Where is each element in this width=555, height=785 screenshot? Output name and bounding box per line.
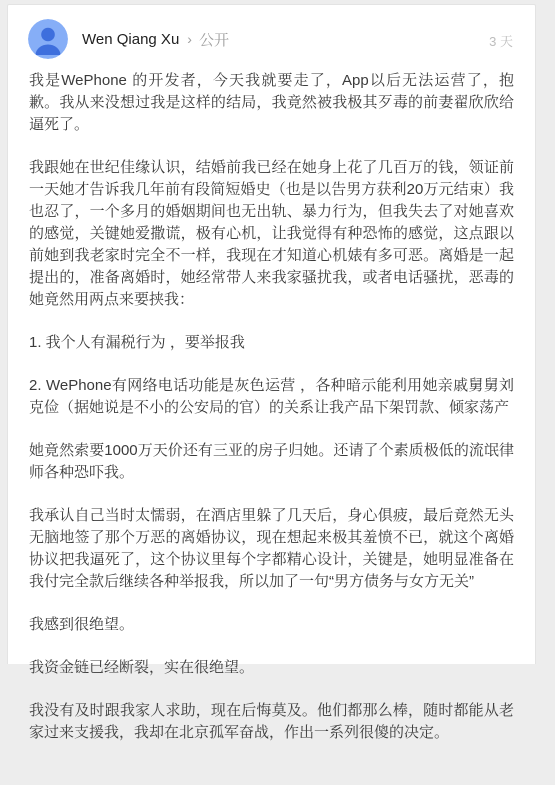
post-header: Wen Qiang Xu › 公开 3 天 [8,5,535,67]
user-avatar-icon[interactable] [28,19,68,59]
post-paragraph: 我跟她在世纪佳缘认识，结婚前我已经在她身上花了几百万的钱，领证前一天她才告诉我几… [29,157,514,311]
post-body: 我是WePhone 的开发者，今天我就要走了，App以后无法运营了，抱歉。我从来… [8,67,535,664]
chevron-right-icon: › [187,31,192,47]
post-paragraph: 她竟然索要1000万天价还有三亚的房子归她。还请了个素质极低的流氓律师各种恐吓我… [29,440,514,484]
post-paragraph: 我是WePhone 的开发者，今天我就要走了，App以后无法运营了，抱歉。我从来… [29,70,514,136]
header-text: Wen Qiang Xu › 公开 [82,29,489,50]
post-paragraph: 我承认自己当时太懦弱，在酒店里躲了几天后，身心俱疲，最后竟然无头无脑地签了那个万… [29,505,514,593]
post-paragraph: 我资金链已经断裂，实在很绝望。 [29,657,514,664]
post-paragraph: 我感到很绝望。 [29,614,514,636]
post-paragraph: 2. WePhone有网络电话功能是灰色运营 ，各种暗示能利用她亲戚舅舅刘克俭（… [29,375,514,419]
post-timestamp[interactable]: 3 天 [489,29,513,50]
author-name[interactable]: Wen Qiang Xu [82,31,179,48]
post-card: Wen Qiang Xu › 公开 3 天 我是WePhone 的开发者，今天我… [7,4,536,664]
visibility-label: 公开 [199,29,229,50]
post-paragraph: 1. 我个人有漏税行为 ，要举报我 [29,332,514,354]
